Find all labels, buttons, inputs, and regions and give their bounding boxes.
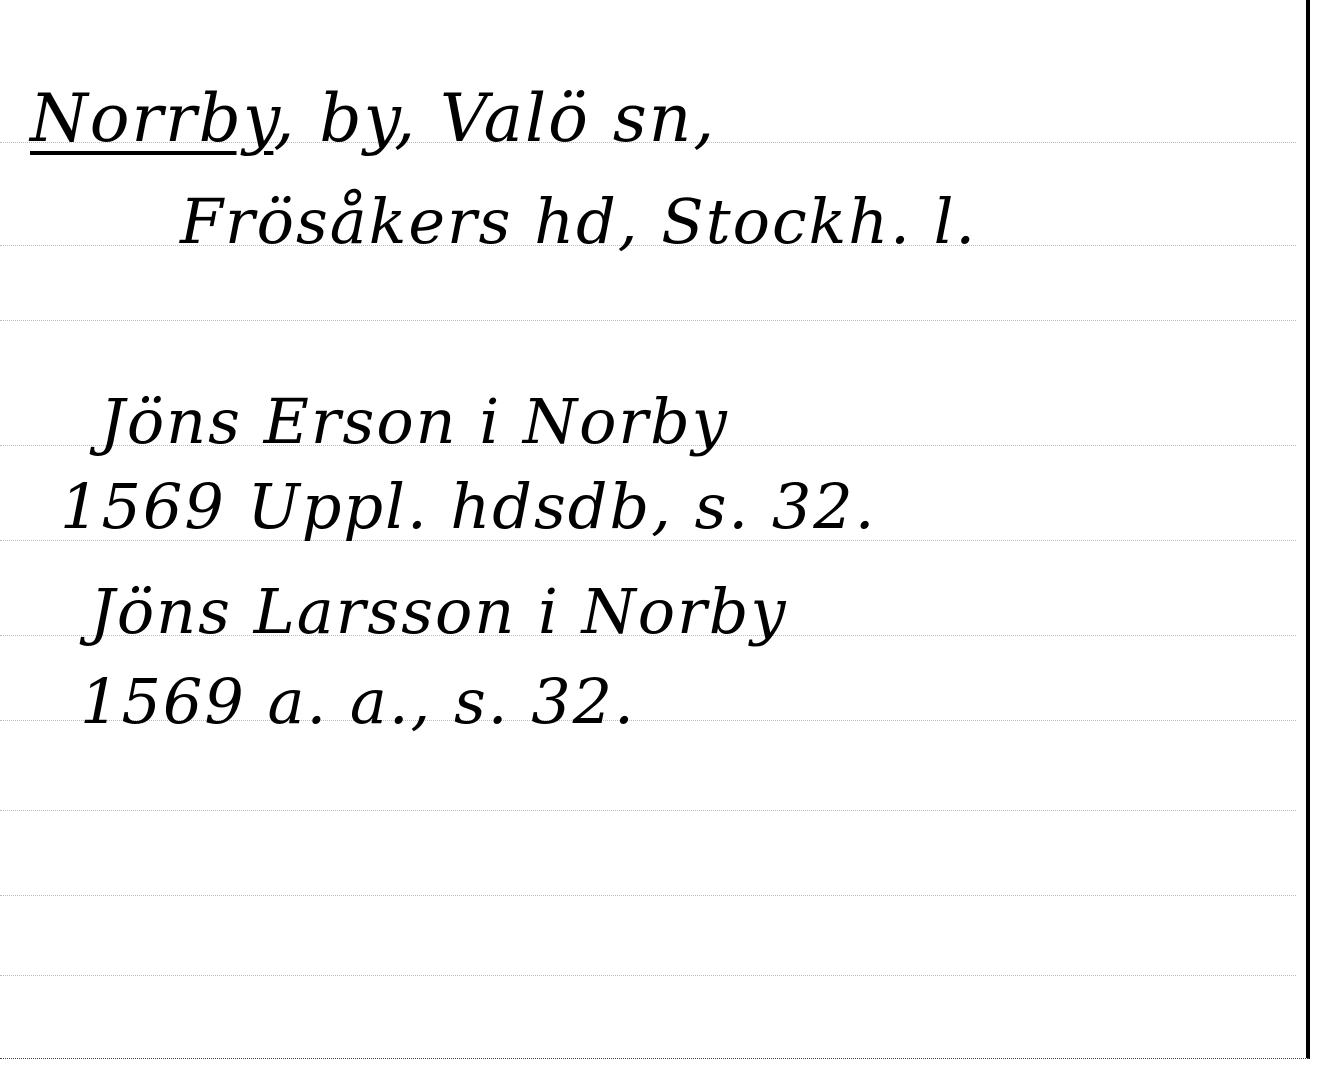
place-name: Norrby bbox=[30, 80, 273, 157]
card-heading-line-2: Frösåkers hd, Stockh. l. bbox=[180, 185, 977, 258]
card-heading: Norrby, by, Valö sn, bbox=[30, 80, 716, 157]
ruled-line bbox=[0, 320, 1296, 321]
ruled-line bbox=[0, 810, 1296, 811]
entry-1-name: Jöns Erson i Norby bbox=[100, 385, 729, 458]
index-card: Norrby, by, Valö sn, Frösåkers hd, Stock… bbox=[0, 0, 1310, 1059]
ruled-line bbox=[0, 895, 1296, 896]
ruled-line bbox=[0, 975, 1296, 976]
entry-2-source: 1569 a. a., s. 32. bbox=[80, 665, 636, 738]
entry-1-source: 1569 Uppl. hdsdb, s. 32. bbox=[60, 470, 876, 543]
heading-rest: , by, Valö sn, bbox=[273, 80, 716, 157]
entry-2-name: Jöns Larsson i Norby bbox=[90, 575, 787, 648]
